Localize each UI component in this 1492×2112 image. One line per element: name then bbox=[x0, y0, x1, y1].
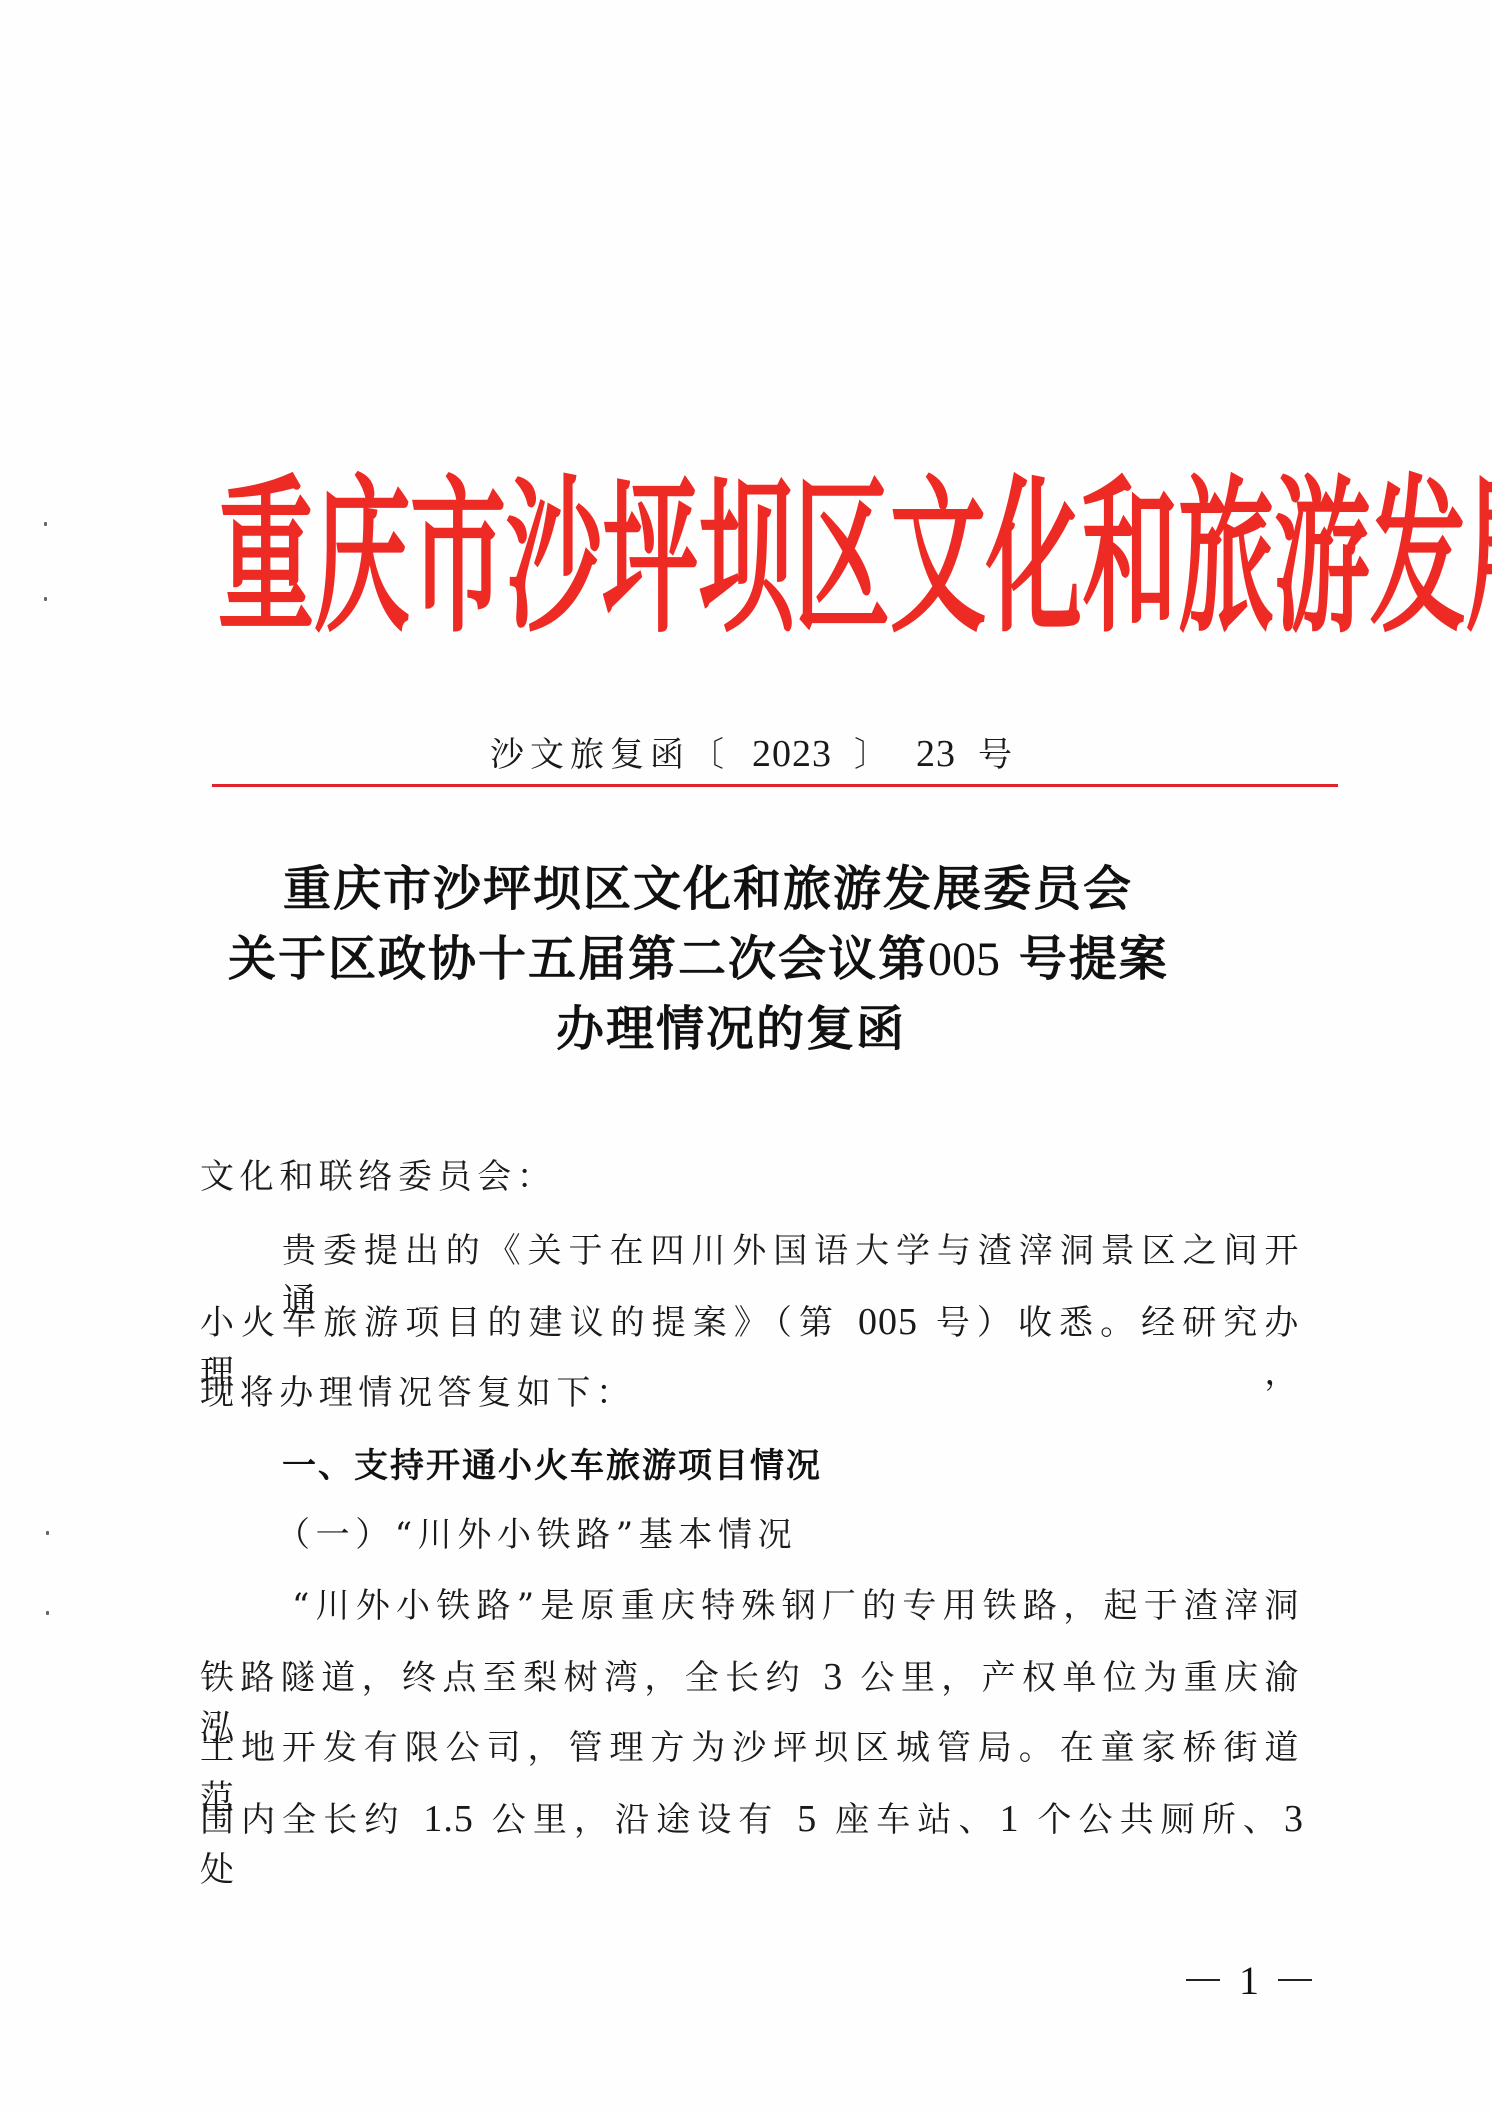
scan-speck bbox=[46, 1611, 49, 1615]
page-number-value: 1 bbox=[1239, 1957, 1259, 2004]
masthead-char: 展 bbox=[1466, 474, 1492, 642]
red-masthead: 重庆市沙坪坝区文化和旅游发展委员会文件 bbox=[218, 468, 1324, 648]
para2-count-3: 3 bbox=[1284, 1798, 1304, 1840]
masthead-char: 市 bbox=[410, 474, 506, 642]
para2-line-1: “川外小铁路”是原重庆特殊钢厂的专用铁路，起于渣滓洞 bbox=[292, 1581, 1304, 1631]
doc-number-suffix: 号 bbox=[978, 735, 1018, 775]
title-line-1-text: 重庆市沙坪坝区文化和旅游发展委员会 bbox=[283, 861, 1133, 917]
title-proposal-number: 005 bbox=[928, 933, 1000, 986]
title-line-2-text-a: 关于区政协十五届第二次会议第 bbox=[228, 931, 928, 987]
para1-proposal-number: 005 bbox=[858, 1301, 918, 1343]
document-number: 沙文旅复函〔2023〕23号 bbox=[490, 730, 1018, 778]
subsection-1-heading: （一）“川外小铁路”基本情况 bbox=[276, 1510, 797, 1560]
para1-line-2-text-a: 小火车旅游项目的建议的提案》（第 bbox=[200, 1303, 840, 1343]
masthead-char: 沙 bbox=[506, 474, 602, 642]
section-1-heading: 一、支持开通小火车旅游项目情况 bbox=[282, 1441, 822, 1491]
para2-length-km: 3 bbox=[823, 1656, 843, 1698]
document-page: 重庆市沙坪坝区文化和旅游发展委员会文件 沙文旅复函〔2023〕23号 重庆市沙坪… bbox=[0, 0, 1492, 2112]
para2-line-4: 围内全长约 1.5 公里，沿途设有 5 座车站、1 个公共厕所、3 处 bbox=[200, 1794, 1304, 1895]
para2-segment-length-km: 1.5 bbox=[423, 1798, 474, 1840]
para1-line-3: 现将办理情况答复如下： bbox=[200, 1368, 636, 1418]
doc-number-year: 2023 bbox=[752, 733, 832, 775]
title-line-3-text: 办理情况的复函 bbox=[556, 1001, 906, 1057]
masthead-char: 文 bbox=[890, 474, 986, 642]
masthead-char: 化 bbox=[986, 474, 1082, 642]
doc-number-open-bracket: 〔 bbox=[690, 735, 730, 775]
title-line-2-text-b: 号提案 bbox=[1019, 931, 1169, 987]
doc-number-prefix: 沙文旅复函 bbox=[490, 735, 690, 775]
salutation-text: 文化和联络委员会： bbox=[200, 1157, 556, 1197]
scan-speck bbox=[46, 1531, 49, 1535]
masthead-char: 庆 bbox=[314, 474, 410, 642]
salutation: 文化和联络委员会： bbox=[200, 1152, 556, 1202]
section-1-heading-text: 一、支持开通小火车旅游项目情况 bbox=[282, 1446, 822, 1486]
masthead-char: 坝 bbox=[698, 474, 794, 642]
page-dash-left bbox=[1186, 1979, 1220, 1981]
masthead-char: 坪 bbox=[602, 474, 698, 642]
para2-line-4-text-c: 座车站、 bbox=[835, 1800, 999, 1840]
title-line-3: 办理情况的复函 bbox=[556, 995, 906, 1063]
masthead-char: 旅 bbox=[1178, 474, 1274, 642]
page-dash-right bbox=[1278, 1979, 1312, 1981]
doc-number-serial: 23 bbox=[916, 733, 956, 775]
masthead-char: 发 bbox=[1370, 474, 1466, 642]
para2-toilet-count: 1 bbox=[1000, 1798, 1020, 1840]
red-divider-rule bbox=[212, 784, 1338, 787]
para2-line-4-text-a: 围内全长约 bbox=[200, 1800, 405, 1840]
page-number: 1 bbox=[1186, 1960, 1312, 2000]
title-line-2: 关于区政协十五届第二次会议第005 号提案 bbox=[228, 925, 1169, 994]
scan-speck bbox=[44, 597, 47, 601]
subsection-1-heading-text: （一）“川外小铁路”基本情况 bbox=[276, 1515, 797, 1555]
doc-number-close-bracket: 〕 bbox=[854, 735, 894, 775]
para2-line-4-text-b: 公里，沿途设有 bbox=[492, 1800, 780, 1840]
masthead-char: 和 bbox=[1082, 474, 1178, 642]
scan-speck bbox=[44, 522, 47, 526]
masthead-char: 游 bbox=[1274, 474, 1370, 642]
para1-line-3-text: 现将办理情况答复如下： bbox=[200, 1373, 636, 1413]
para2-line-4-text-d: 个公共厕所、 bbox=[1037, 1800, 1284, 1840]
title-line-1: 重庆市沙坪坝区文化和旅游发展委员会 bbox=[283, 855, 1203, 923]
para2-station-count: 5 bbox=[797, 1798, 817, 1840]
masthead-char: 区 bbox=[794, 474, 890, 642]
masthead-char: 重 bbox=[218, 474, 314, 642]
para2-line-4-text-e: 处 bbox=[200, 1850, 240, 1890]
para2-line-1-text: “川外小铁路”是原重庆特殊钢厂的专用铁路，起于渣滓洞 bbox=[292, 1586, 1304, 1626]
para2-line-2-text-a: 铁路隧道，终点至梨树湾，全长约 bbox=[200, 1658, 806, 1698]
